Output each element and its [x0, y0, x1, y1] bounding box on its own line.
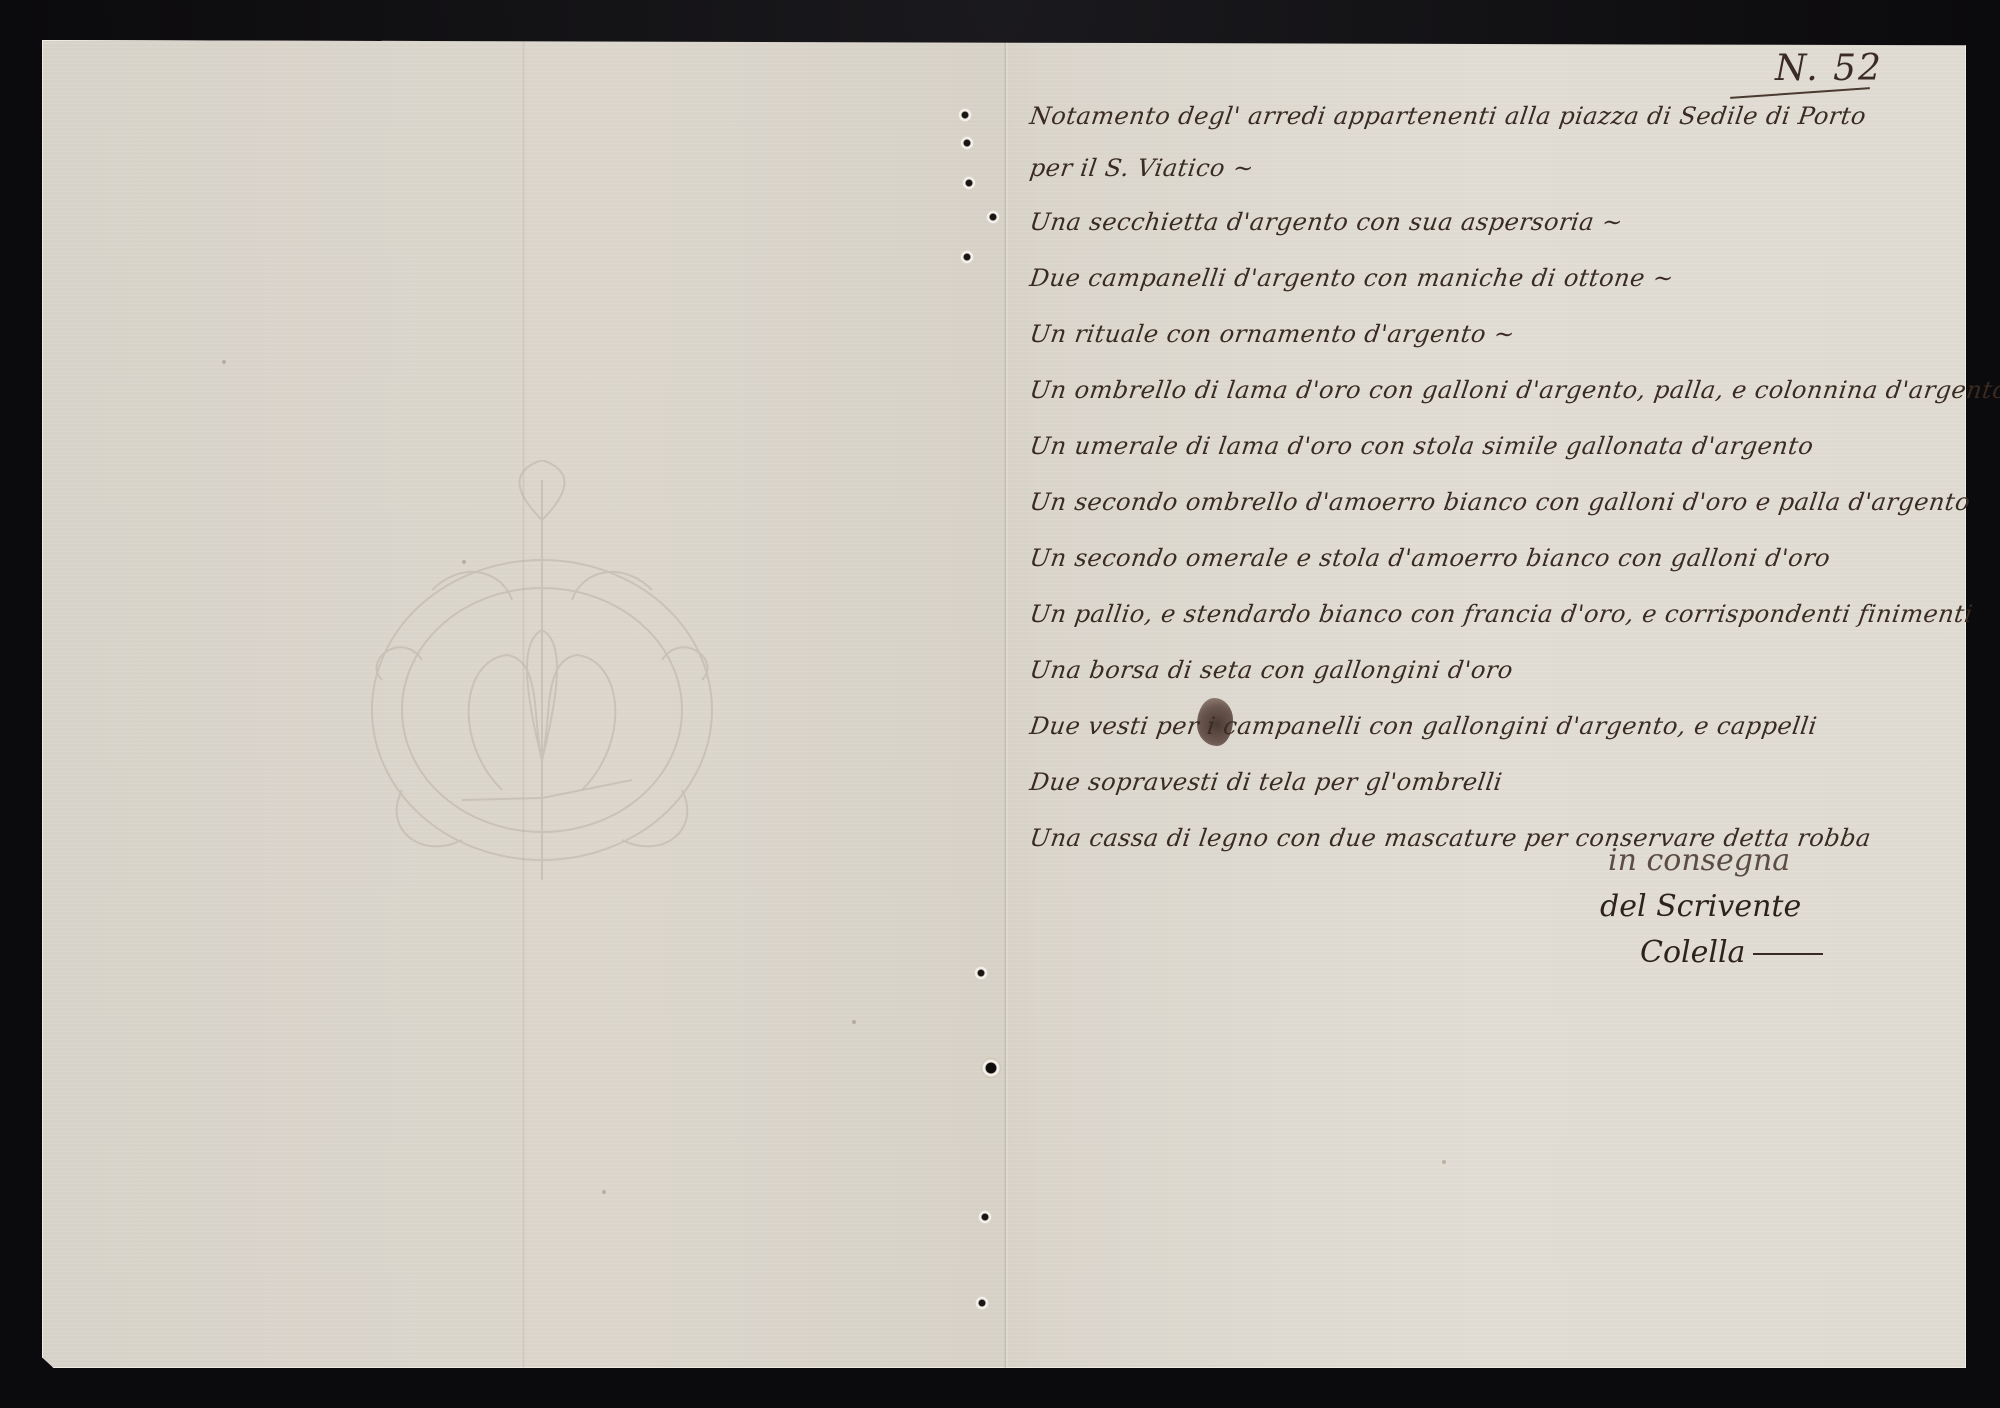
binding-hole	[958, 108, 972, 122]
signature-block: in consegna del Scrivente Colella	[1600, 838, 1823, 976]
binding-hole	[986, 210, 1000, 224]
binding-hole	[980, 1057, 1002, 1079]
title-line: Notamento degl' arredi appartenenti alla…	[1026, 90, 1953, 142]
inventory-text: Notamento degl' arredi appartenenti alla…	[1030, 90, 1950, 866]
binding-hole	[960, 250, 974, 264]
folio-number: N. 52	[1775, 48, 1883, 89]
signature-line: in consegna	[1600, 838, 1823, 884]
inventory-item: Due sopravesti di tela per gl'ombrelli	[1026, 754, 1954, 810]
inventory-item: Un ombrello di lama d'oro con galloni d'…	[1026, 362, 1954, 418]
signature-name-text: Colella	[1640, 935, 1745, 970]
inventory-item: Un rituale con ornamento d'argento ~	[1026, 306, 1954, 362]
inventory-item: Una borsa di seta con gallongini d'oro	[1026, 642, 1954, 698]
watermark-crest-icon	[342, 460, 742, 880]
inventory-item: Due campanelli d'argento con maniche di …	[1026, 250, 1954, 306]
foxing-spot	[1442, 1160, 1446, 1164]
inventory-item: Un pallio, e stendardo bianco con franci…	[1026, 586, 1954, 642]
center-fold	[1004, 40, 1008, 1368]
binding-hole	[975, 1296, 989, 1310]
signature-flourish	[1753, 953, 1823, 955]
binding-hole	[962, 176, 976, 190]
signature-line: del Scrivente	[1600, 884, 1823, 930]
foxing-spot	[852, 1020, 856, 1024]
inventory-item: Un secondo ombrello d'amoerro bianco con…	[1026, 474, 1954, 530]
inventory-item: Un umerale di lama d'oro con stola simil…	[1026, 418, 1954, 474]
foxing-spot	[462, 560, 466, 564]
binding-hole	[974, 966, 988, 980]
inventory-item: Una secchietta d'argento con sua asperso…	[1026, 194, 1954, 250]
inventory-item: Un secondo omerale e stola d'amoerro bia…	[1026, 530, 1954, 586]
foxing-spot	[222, 360, 226, 364]
binding-hole	[960, 136, 974, 150]
binding-hole	[978, 1210, 992, 1224]
foxing-spot	[602, 1190, 606, 1194]
title-line: per il S. Viatico ~	[1026, 142, 1953, 194]
signature-name: Colella	[1600, 930, 1823, 976]
inventory-item: Due vesti per i campanelli con gallongin…	[1026, 698, 1954, 754]
